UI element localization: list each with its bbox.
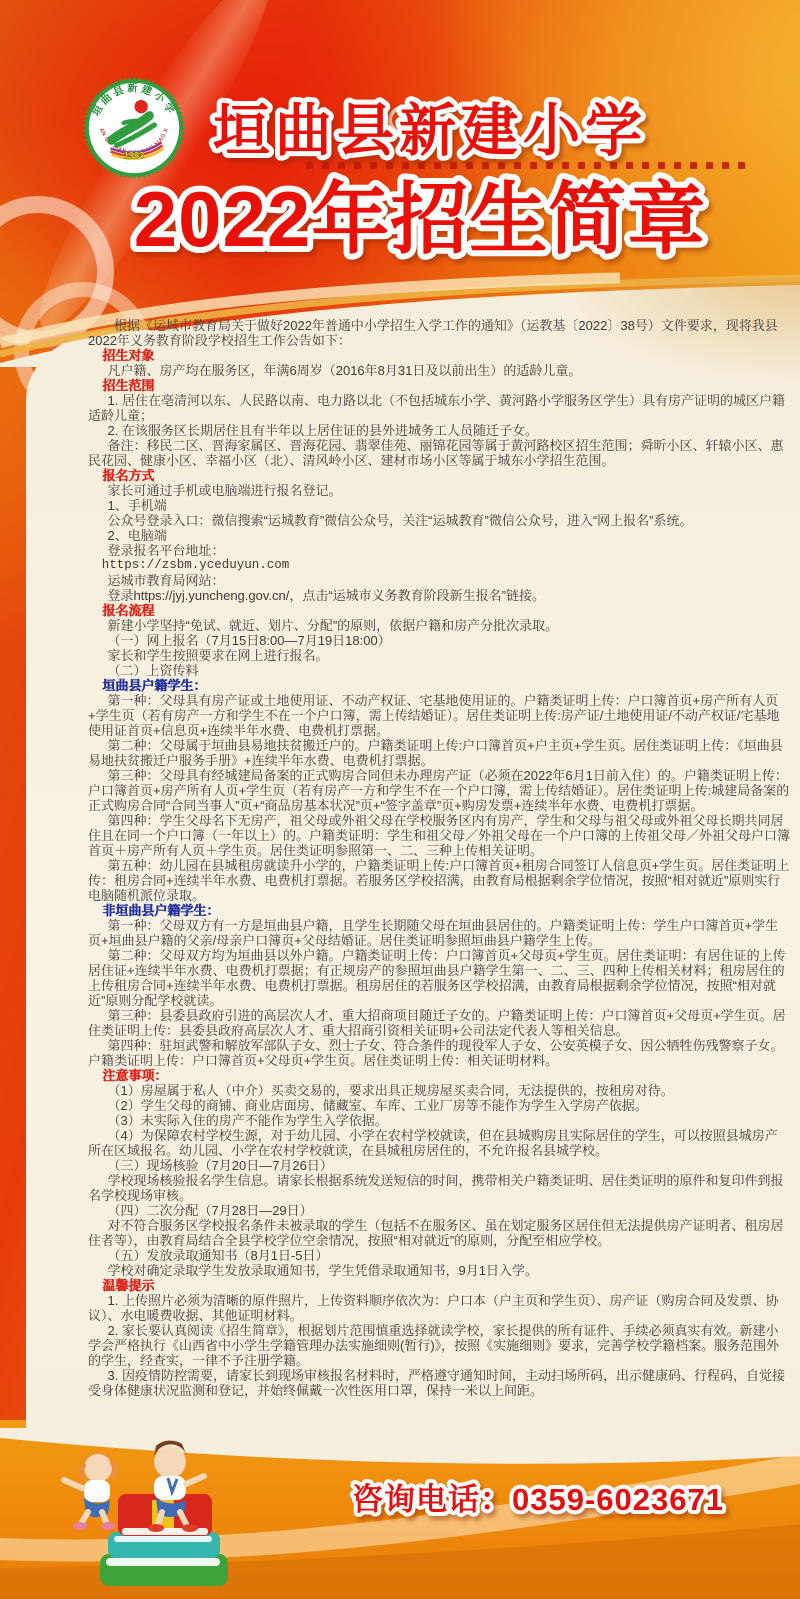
content-paragraph: 家长和学生按照要求在网上进行报名。 xyxy=(88,648,790,663)
content-paragraph: （1）房屋属于私人（中介）买卖交易的，要求出具正规房屋买卖合同，无法提供的，按租… xyxy=(88,1083,790,1098)
content-paragraph: 第四种：学生父母名下无房产，祖父母或外祖父母在学校服务区内有房产，学生和父母与祖… xyxy=(88,813,790,858)
kids-books-illustration xyxy=(48,1438,278,1593)
section-heading: 注意事项： xyxy=(88,1068,790,1083)
content-paragraph: 第三种：父母具有经城建局备案的正式购房合同但未办理房产证（必须在2022年6月1… xyxy=(88,768,790,813)
poster-root: 垣曲县新建小学 YUAN QU XIAN XIN JIAN XIAO XUE 1… xyxy=(0,0,800,1599)
section-heading: 招生范围 xyxy=(88,378,790,393)
content-paragraph: https://zsbm.yceduyun.com xyxy=(88,558,790,573)
content-paragraph: 3. 因疫情防控需要，请家长到现场审核报名材料时，严格遵守通知时间，主动扫场所码… xyxy=(88,1368,790,1398)
content-paragraph: （4）为保障农村学校生源，对于幼儿园、小学在农村学校就读，但在县城购房且实际居住… xyxy=(88,1128,790,1158)
section-heading: 报名方式 xyxy=(88,468,790,483)
content-paragraph: 凡户籍、房产均在服务区，年满6周岁（2016年8月31日及以前出生）的适龄儿童。 xyxy=(88,363,790,378)
content-paragraph: （五）发放录取通知书（8月1日-5日） xyxy=(88,1248,790,1263)
content-paragraph: 公众号登录入口：微信搜索“运城教育”微信公众号，关注“运城教育”微信公众号，进入… xyxy=(88,513,790,528)
phone-banner: 咨询电话：0359-6023671 xyxy=(318,1470,758,1526)
content-paragraph: （二）上资传料 xyxy=(88,663,790,678)
content-paragraph: 运城市教育局网站： xyxy=(88,573,790,588)
content-column: 根据《运城市教育局关于做好2022年普通中小学招生入学工作的通知》（运教基〔20… xyxy=(88,318,790,1398)
section-heading: 招生对象 xyxy=(88,348,790,363)
content-paragraph: 对不符合服务区学校报名条件未被录取的学生（包括不在服务区、虽在划定服务区居住但无… xyxy=(88,1218,790,1248)
content-paragraph: 2、电脑端 xyxy=(88,528,790,543)
content-paragraph: 第四种：驻垣武警和解放军部队子女、烈士子女、符合条件的现役军人子女、公安英模子女… xyxy=(88,1038,790,1068)
content-paragraph: 学校现场核验报名学生信息。请家长根据系统发送短信的时间，携带相关户籍类证明、居住… xyxy=(88,1173,790,1203)
content-paragraph: （一）网上报名（7月15日8:00—7月19日18:00） xyxy=(88,633,790,648)
content-paragraph: 登录报名平台地址： xyxy=(88,543,790,558)
content-paragraph: 第二种：父母双方均为垣曲县以外户籍。户籍类证明上传：户口簿首页+父母页+学生页。… xyxy=(88,948,790,1008)
content-paragraph: 第二种：父母属于垣曲县易地扶贫搬迁户的。户籍类证明上传:户口簿首页+户主页+学生… xyxy=(88,738,790,768)
content-paragraph: 1、手机端 xyxy=(88,498,790,513)
content-paragraph: 1. 居住在亳清河以东、人民路以南、电力路以北（不包括城东小学、黄河路小学服务区… xyxy=(88,393,790,423)
content-paragraph: 根据《运城市教育局关于做好2022年普通中小学招生入学工作的通知》（运教基〔20… xyxy=(88,318,790,348)
svg-text:咨询电话：0359-6023671: 咨询电话：0359-6023671 xyxy=(352,1482,724,1517)
content-paragraph: 第三种：县委县政府引进的高层次人才、重大招商项目随迁子女的。户籍类证明上传：户口… xyxy=(88,1008,790,1038)
school-name-title: 垣曲县新建小学 xyxy=(90,86,770,174)
content-paragraph: 第五种：幼儿园在县城租房就读升小学的，户籍类证明上传:户口簿首页+租房合同签订人… xyxy=(88,858,790,903)
content-paragraph: （2）学生父母的商铺、商业店面房、储藏室、车库、工业厂房等不能作为学生入学房产依… xyxy=(88,1098,790,1113)
content-paragraph: 第一种：父母具有房产证或土地使用证、不动产权证、宅基地使用证的。户籍类证明上传：… xyxy=(88,693,790,738)
content-paragraph: 第一种：父母双方有一方是垣曲县户籍，且学生长期随父母在垣曲县居住的。户籍类证明上… xyxy=(88,918,790,948)
section-heading: 报名流程 xyxy=(88,603,790,618)
content-paragraph: （三）现场核验（7月20日—7月26日） xyxy=(88,1158,790,1173)
section-heading: 非垣曲县户籍学生： xyxy=(88,903,790,918)
content-paragraph: 备注：移民二区、晋海家属区、晋海花园、翡翠佳苑、丽锦花园等属于黄河路校区招生范围… xyxy=(88,438,790,468)
svg-text:2022年招生简章: 2022年招生简章 xyxy=(134,175,707,263)
content-paragraph: （3）未实际入住的房产不能作为学生入学依据。 xyxy=(88,1113,790,1128)
content-paragraph: 新建小学坚持“免试、就近、划片、分配”的原则，依据户籍和房产分批次录取。 xyxy=(88,618,790,633)
content-paragraph: 学校对确定录取学生发放录取通知书，学生凭借录取通知书，9月1日入学。 xyxy=(88,1263,790,1278)
content-paragraph: 2. 在该服务区长期居住且有半年以上居住证的县外进城务工人员随迁子女。 xyxy=(88,423,790,438)
girl-figure xyxy=(64,1451,116,1530)
svg-text:垣曲县新建小学: 垣曲县新建小学 xyxy=(213,99,647,163)
content-paragraph: 登录https://jyj.yuncheng.gov.cn/，点击“运城市义务教… xyxy=(88,588,790,603)
content-paragraph: 1. 上传照片必须为清晰的原件照片，上传资料顺序依次为：户口本（户主页和学生页）… xyxy=(88,1293,790,1323)
content-paragraph: （四）二次分配（7月28日—29日） xyxy=(88,1203,790,1218)
section-heading: 温馨提示 xyxy=(88,1278,790,1293)
content-paragraph: 家长可通过手机或电脑端进行报名登记。 xyxy=(88,483,790,498)
content-paragraph: 2. 家长要认真阅读《招生简章》，根据划片范围慎重选择就读学校，家长提供的所有证… xyxy=(88,1323,790,1368)
section-heading: 垣曲县户籍学生： xyxy=(88,678,790,693)
